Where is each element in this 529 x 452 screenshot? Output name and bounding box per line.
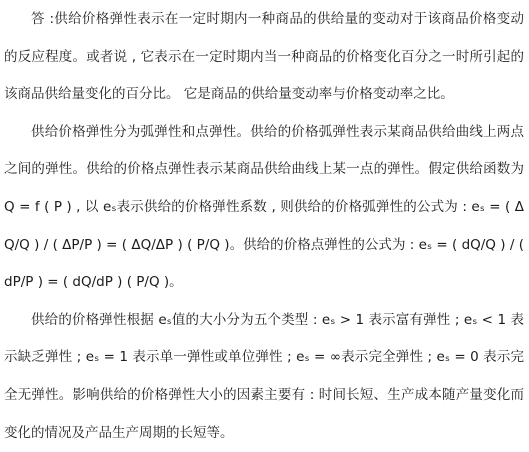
paragraph-definition: 答 :供给价格弹性表示在一定时期内一种商品的供给量的变动对于该商品价格变动的反应… xyxy=(4,1,524,114)
paragraph-elasticity-types-and-factors: 供给的价格弹性根据 eₛ值的大小分为五个类型 : eₛ > 1 表示富有弹性 ;… xyxy=(4,302,524,452)
paragraph-arc-point-elasticity-formulas: 供给价格弹性分为弧弹性和点弹性。供给的价格弧弹性表示某商品供给曲线上两点之间的弹… xyxy=(4,114,524,302)
document-page: 答 :供给价格弹性表示在一定时期内一种商品的供给量的变动对于该商品价格变动的反应… xyxy=(0,0,529,452)
